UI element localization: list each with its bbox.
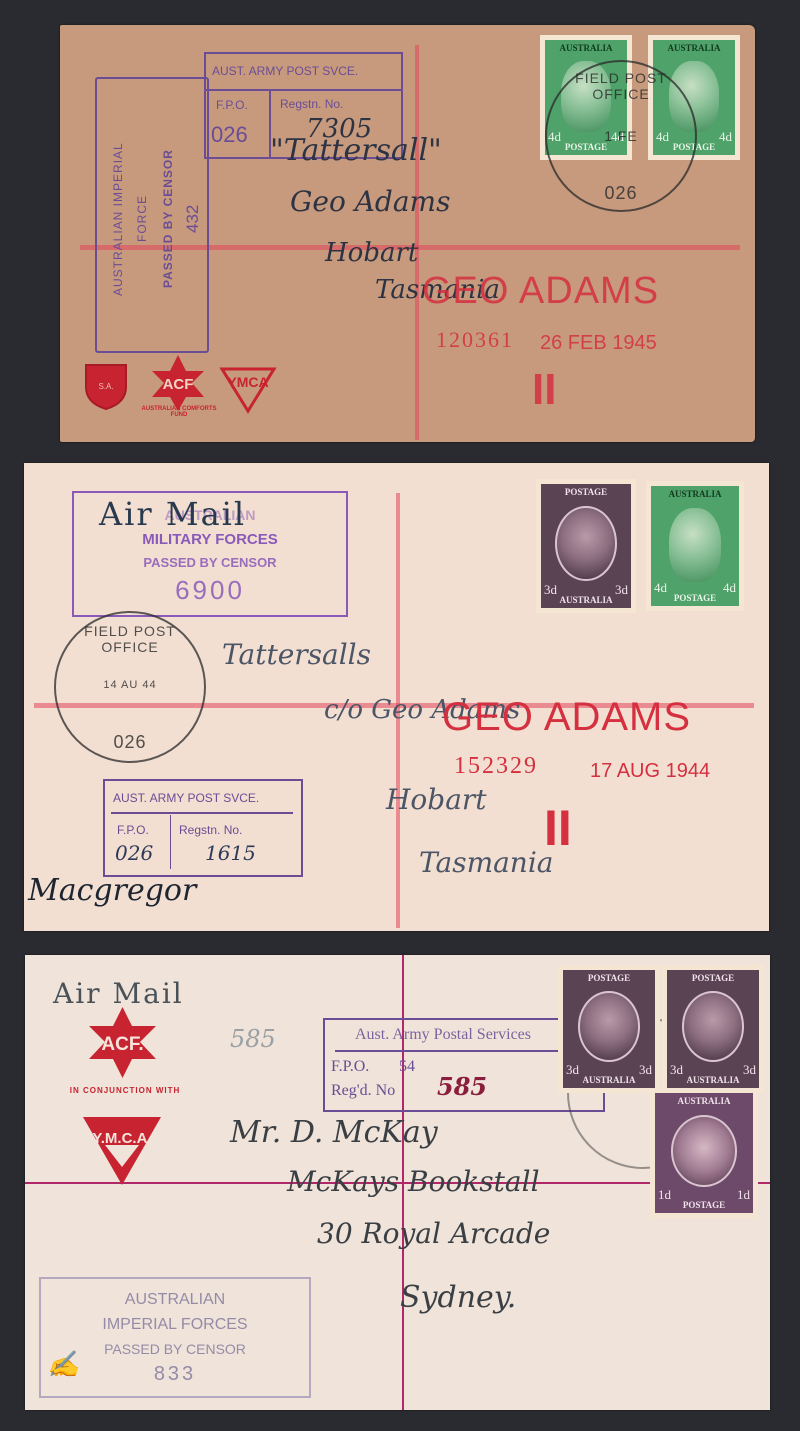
address-line-1: "Tattersall"	[270, 133, 442, 168]
registration-divider	[335, 1050, 593, 1052]
postmark-date: 14 AU 44	[56, 679, 204, 691]
queen-portrait-icon	[671, 1115, 738, 1187]
field-post-office-postmark: FIELD POST OFFICE 14 AU 44 026	[54, 611, 206, 763]
koala-icon	[669, 508, 722, 582]
stamp-value: 3d	[566, 1062, 579, 1078]
address-line-2: McKays Bookstall	[287, 1165, 540, 1198]
address-line-1: Mr. D. McKay	[230, 1115, 438, 1150]
registration-divider-vertical	[170, 815, 171, 869]
address-line-4: Tasmania	[419, 846, 554, 879]
acf-star-logo: ACF	[148, 353, 208, 413]
svg-text:ACF.: ACF.	[101, 1034, 143, 1055]
stamp-king-george-3d: POSTAGE AUSTRALIA 3d 3d	[558, 965, 660, 1093]
fpo-label: F.P.O.	[117, 823, 149, 837]
fpo-value: 54	[399, 1058, 415, 1076]
fpo-label: F.P.O.	[331, 1058, 369, 1076]
address-line-3: 30 Royal Arcade	[317, 1217, 550, 1250]
receiver-name: GEO ADAMS	[422, 270, 659, 313]
stamp-value: 3d	[615, 582, 628, 598]
king-portrait-icon	[682, 991, 745, 1062]
receiver-name: GEO ADAMS	[442, 695, 691, 740]
address-line-4: Sydney.	[400, 1280, 516, 1315]
reg-value: 1615	[205, 841, 256, 865]
stamp-country: AUSTRALIA	[545, 43, 627, 53]
stamp-king-george-3d: POSTAGE AUSTRALIA 3d 3d	[662, 965, 764, 1093]
address-line-2: Geo Adams	[290, 185, 450, 218]
field-post-office-postmark: FIELD POST OFFICE 1 FE 026	[545, 60, 697, 212]
stamp-label: POSTAGE	[563, 973, 655, 983]
postmark-date: 1 FE	[547, 128, 695, 144]
stamp-value: 1d	[737, 1187, 750, 1203]
censor-number: 432	[183, 139, 203, 299]
censor-box: AUSTRALIAN IMPERIAL FORCE PASSED BY CENS…	[95, 77, 209, 353]
censor-line3: PASSED BY CENSOR	[41, 1341, 309, 1357]
address-line-3: Hobart	[386, 783, 487, 816]
censor-line2: IMPERIAL FORCES	[41, 1316, 309, 1334]
reg-label: Regstn. No.	[280, 97, 343, 111]
postmark-number: 026	[547, 183, 695, 204]
address-line-1: Tattersalls	[222, 638, 371, 671]
stamp-value: 3d	[743, 1062, 756, 1078]
registration-divider	[111, 812, 293, 814]
censor-line3: PASSED BY CENSOR	[161, 99, 175, 339]
registration-box: AUST. ARMY POST SVCE. F.P.O. 026 Regstn.…	[103, 779, 303, 877]
stamp-king-george-3d: POSTAGE AUSTRALIA 3d 3d	[536, 479, 636, 613]
stamp-value: 4d	[719, 129, 732, 145]
stamp-country: AUSTRALIA	[655, 1096, 753, 1106]
censor-line2: FORCE	[135, 99, 149, 339]
pencil-note: 585	[230, 1025, 276, 1053]
stamp-value: 4d	[723, 580, 736, 596]
reg-label: Regstn. No.	[179, 823, 242, 837]
stamp-queen-elizabeth-1d: AUSTRALIA POSTAGE 1d 1d	[650, 1088, 758, 1218]
censor-number: 6900	[74, 575, 346, 606]
stamp-country: AUSTRALIA	[651, 489, 739, 499]
censor-line1: AUSTRALIAN IMPERIAL	[111, 99, 125, 339]
receiver-mark: II	[532, 365, 556, 415]
ymca-triangle-logo: Y.M.C.A.	[81, 1115, 163, 1187]
fpo-label: F.P.O.	[216, 98, 248, 112]
stamp-value: 1d	[658, 1187, 671, 1203]
censor-number: 833	[41, 1363, 309, 1386]
envelope-2: AUSTRALIAN MILITARY FORCES PASSED BY CEN…	[24, 463, 769, 931]
envelope-1: AUSTRALIAN IMPERIAL FORCE PASSED BY CENS…	[60, 25, 755, 442]
envelope-3: Air Mail 585 ACF. IN CONJUNCTION WITH Y.…	[25, 955, 770, 1410]
stamp-label: POSTAGE	[541, 487, 631, 497]
address-line-3: Hobart	[325, 238, 418, 268]
postmark-text: FIELD POST OFFICE	[547, 70, 695, 102]
censor-line3: PASSED BY CENSOR	[74, 555, 346, 570]
ymca-triangle-logo: YMCA	[218, 365, 278, 415]
airmail-handwritten: Air Mail	[99, 495, 246, 533]
receiver-number: 120361	[436, 327, 514, 353]
svg-text:YMCA: YMCA	[227, 374, 268, 390]
reg-label: Reg'd. No	[331, 1082, 395, 1100]
fpo-value: 026	[211, 122, 248, 148]
acf-star-logo: ACF.	[85, 1005, 160, 1080]
stamp-value: 3d	[639, 1062, 652, 1078]
in-conjunction-with: IN CONJUNCTION WITH	[55, 1086, 195, 1095]
receiver-number: 152329	[454, 753, 538, 780]
censor-line2: MILITARY FORCES	[74, 531, 346, 548]
registration-title: AUST. ARMY POST SVCE.	[212, 64, 358, 78]
acf-subtitle: AUSTRALIAN COMFORTS FUND	[138, 406, 220, 418]
svg-text:Y.M.C.A.: Y.M.C.A.	[92, 1130, 151, 1147]
postmark-text: FIELD POST OFFICE	[56, 623, 204, 655]
king-portrait-icon	[555, 506, 616, 580]
censor-signature: Macgregor	[28, 873, 196, 908]
stamp-value: 3d	[544, 582, 557, 598]
salvation-army-shield-icon: S.A.	[82, 361, 130, 411]
registration-divider	[206, 89, 401, 91]
receiver-date: 17 AUG 1944	[590, 760, 710, 783]
svg-text:ACF: ACF	[163, 376, 194, 393]
registration-title: AUST. ARMY POST SVCE.	[113, 791, 259, 805]
reg-value: 585	[437, 1072, 487, 1101]
svg-text:S.A.: S.A.	[98, 382, 113, 391]
king-portrait-icon	[578, 991, 641, 1062]
censor-signature-icon: ✍	[47, 1350, 79, 1380]
stamp-value: 4d	[654, 580, 667, 596]
fpo-value: 026	[115, 841, 153, 865]
receiver-date: 26 FEB 1945	[540, 332, 657, 355]
stamp-koala-4d: AUSTRALIA POSTAGE 4d 4d	[646, 481, 744, 611]
registration-title: Aust. Army Postal Services	[355, 1026, 531, 1044]
postmark-number: 026	[56, 732, 204, 753]
receiver-mark: II	[544, 799, 572, 857]
stamp-label: POSTAGE	[667, 973, 759, 983]
censor-box: AUSTRALIAN IMPERIAL FORCES PASSED BY CEN…	[39, 1277, 311, 1398]
censor-line1: AUSTRALIAN	[41, 1291, 309, 1309]
stamp-country: AUSTRALIA	[653, 43, 735, 53]
stamp-value: 3d	[670, 1062, 683, 1078]
